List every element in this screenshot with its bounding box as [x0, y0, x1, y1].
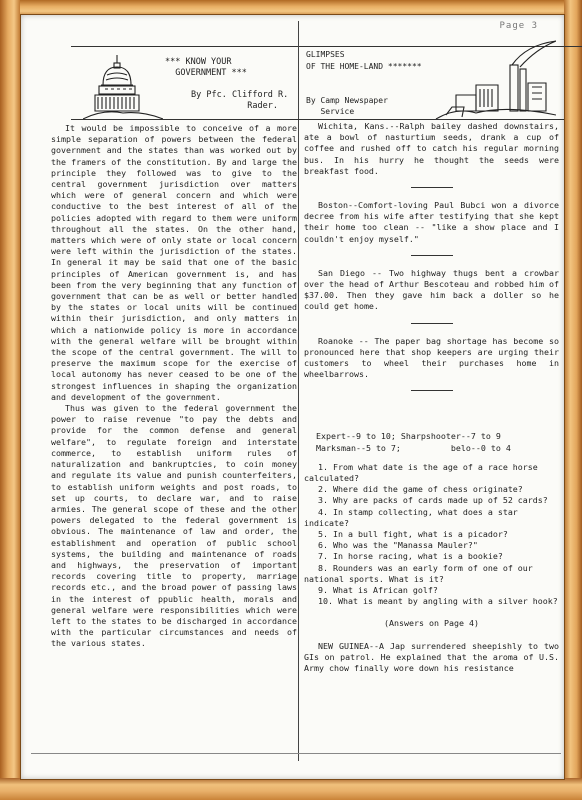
quiz-question: 4. In stamp collecting, what does a star…: [304, 507, 559, 529]
government-article: It would be impossible to conceive of a …: [51, 123, 297, 650]
quiz-question: 7. In horse racing, what is a bookie?: [304, 551, 559, 562]
quiz-question: 8. Rounders was an early form of one of …: [304, 563, 559, 585]
news-item: San Diego -- Two highway thugs bent a cr…: [304, 268, 559, 313]
news-item: Boston--Comfort-loving Paul Bubci won a …: [304, 200, 559, 245]
homeland-news-column: Wichita, Kans.--Ralph bailey dashed down…: [304, 121, 559, 674]
item-separator: [411, 390, 453, 391]
column-title-right: GLIMPSES OF THE HOME-LAND *******: [306, 49, 422, 73]
byline-right: By Camp Newspaper Service: [306, 95, 388, 117]
article-paragraph: Thus was given to the federal government…: [51, 403, 297, 649]
article-paragraph: It would be impossible to conceive of a …: [51, 123, 297, 403]
frame-bottom-edge: [0, 778, 582, 800]
column-title-left: *** KNOW YOUR GOVERNMENT ***: [165, 57, 247, 79]
quiz-section: Expert--9 to 10; Sharpshooter--7 to 9 Ma…: [304, 431, 559, 628]
frame-left-edge: [0, 0, 20, 800]
frame-right-edge: [564, 0, 582, 800]
bottom-rule: [31, 753, 561, 754]
item-separator: [411, 323, 453, 324]
factory-skyline-icon: [416, 35, 556, 119]
item-separator: [411, 187, 453, 188]
item-separator: [411, 255, 453, 256]
quiz-question: 6. Who was the "Manassa Mauler?": [304, 540, 559, 551]
answers-note: (Answers on Page 4): [304, 618, 559, 629]
know-your-government-header: *** KNOW YOUR GOVERNMENT *** By Pfc. Cli…: [83, 45, 298, 119]
news-item: Roanoke -- The paper bag shortage has be…: [304, 336, 559, 381]
picture-frame: Page 3 *** KNOW: [0, 0, 582, 800]
left-header-rule: [71, 119, 299, 120]
glimpses-header: GLIMPSES OF THE HOME-LAND ******* By Cam…: [304, 35, 562, 119]
capitol-dome-icon: [83, 53, 163, 119]
news-item: NEW GUINEA--A Jap surrendered sheepishly…: [304, 641, 559, 675]
quiz-scoring: Expert--9 to 10; Sharpshooter--7 to 9: [304, 431, 559, 442]
quiz-question: 9. What is African golf?: [304, 585, 559, 596]
quiz-question: 2. Where did the game of chess originate…: [304, 484, 559, 495]
quiz-scoring: Marksman--5 to 7; belo--0 to 4: [304, 443, 559, 454]
newspaper-page: Page 3 *** KNOW: [20, 14, 565, 780]
byline-left: By Pfc. Clifford R. Rader.: [191, 90, 288, 112]
column-divider: [298, 21, 299, 761]
quiz-question: 10. What is meant by angling with a silv…: [304, 596, 559, 607]
right-header-rule: [299, 119, 564, 120]
news-item: Wichita, Kans.--Ralph bailey dashed down…: [304, 121, 559, 177]
quiz-question: 3. Why are packs of cards made up of 52 …: [304, 495, 559, 506]
quiz-question: 1. From what date is the age of a race h…: [304, 462, 559, 484]
quiz-question: 5. In a bull fight, what is a picador?: [304, 529, 559, 540]
page-number: Page 3: [499, 21, 538, 31]
